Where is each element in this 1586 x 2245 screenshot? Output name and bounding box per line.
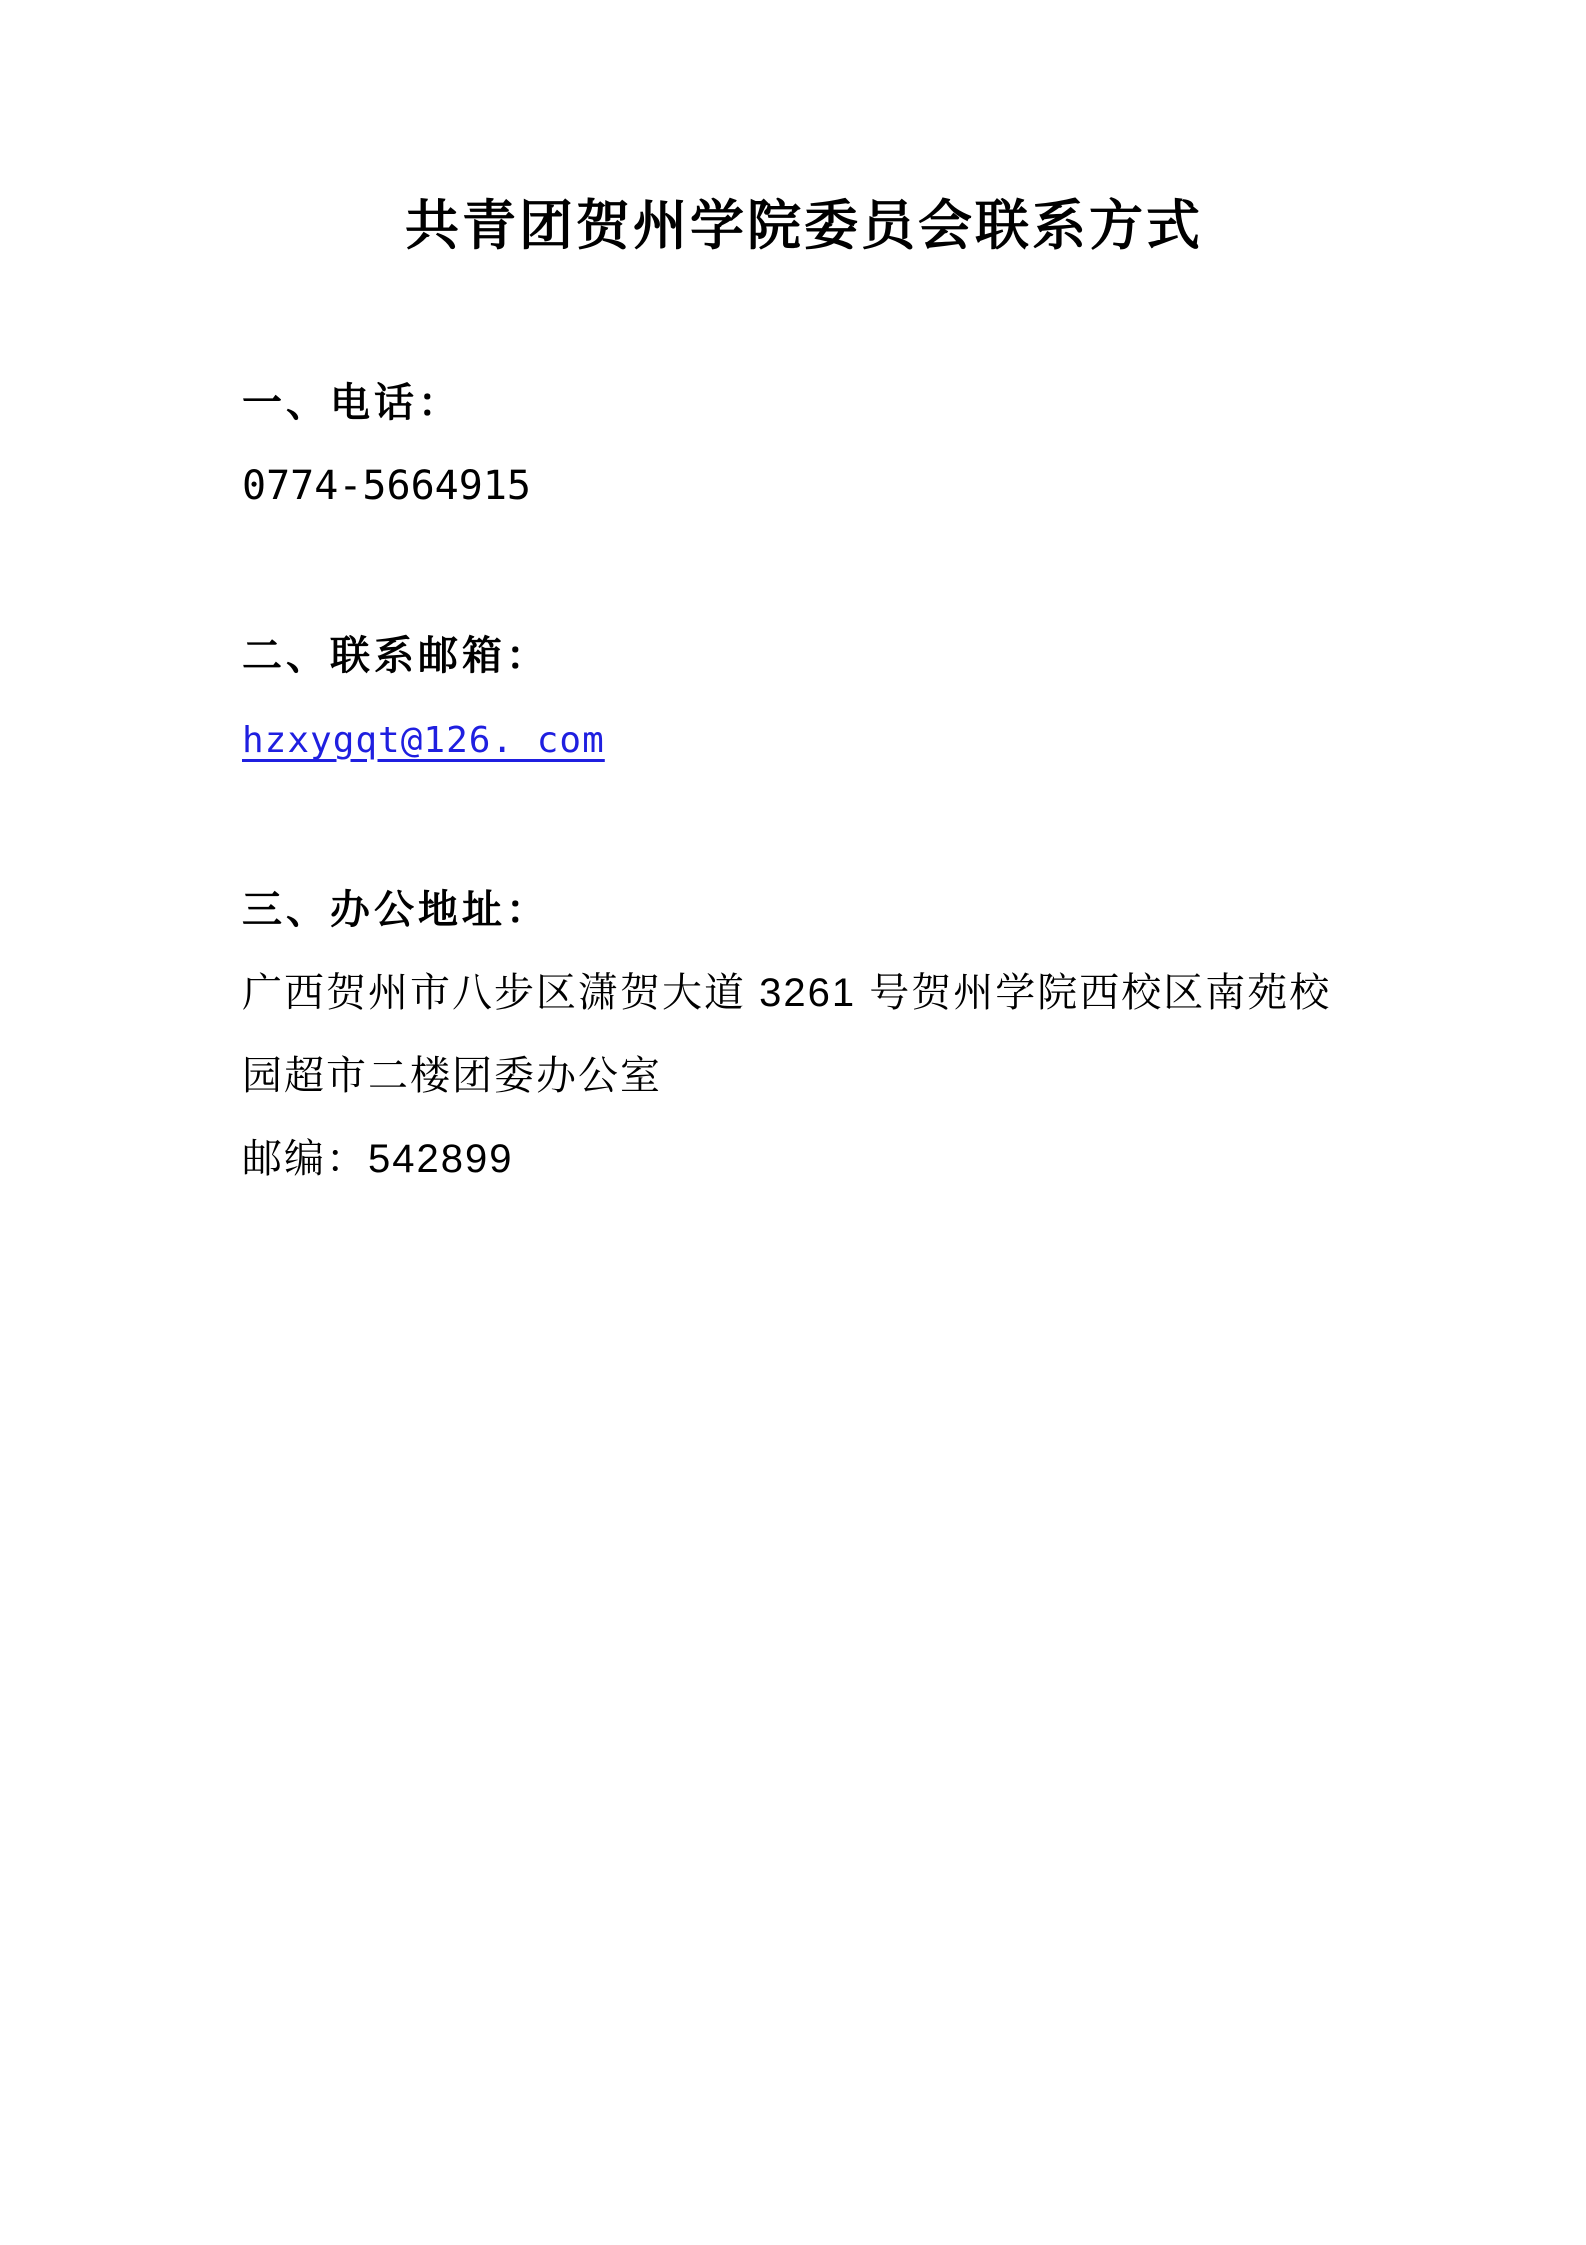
email-link[interactable]: hzxygqt@126. com: [242, 720, 605, 761]
address-line-1: 广西贺州市八步区潇贺大道 3261 号贺州学院西校区南苑校: [242, 952, 1366, 1035]
phone-section: 一、电话： 0774-5664915: [242, 362, 1366, 528]
email-section-heading: 二、联系邮箱：: [242, 615, 1366, 698]
document-title: 共青团贺州学院委员会联系方式: [242, 190, 1366, 262]
phone-section-heading: 一、电话：: [242, 362, 1366, 445]
phone-number: 0774-5664915: [242, 445, 1366, 528]
address-section: 三、办公地址： 广西贺州市八步区潇贺大道 3261 号贺州学院西校区南苑校 园超…: [242, 869, 1366, 1201]
email-line: hzxygqt@126. com: [242, 698, 1366, 782]
address-line-2: 园超市二楼团委办公室: [242, 1035, 1366, 1118]
email-section: 二、联系邮箱： hzxygqt@126. com: [242, 615, 1366, 782]
document-page: 共青团贺州学院委员会联系方式 一、电话： 0774-5664915 二、联系邮箱…: [0, 0, 1586, 2245]
postal-code-line: 邮编：542899: [242, 1118, 1366, 1201]
address-section-heading: 三、办公地址：: [242, 869, 1366, 952]
